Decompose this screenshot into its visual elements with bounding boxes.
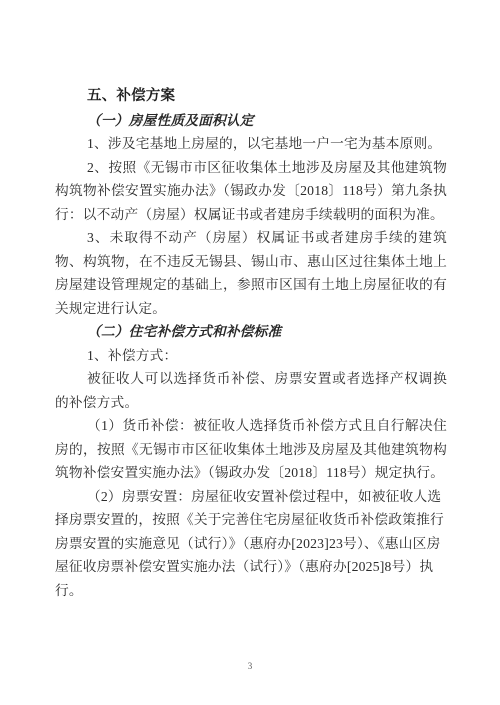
subsection-heading-compensation-standard: （二）住宅补偿方式和补偿标准 — [55, 320, 447, 344]
paragraph-principle: 1、涉及宅基地上房屋的，以宅基地一户一宅为基本原则。 — [55, 132, 447, 156]
paragraph-area-standard: 2、按照《无锡市市区征收集体土地涉及房屋及其他建筑物构筑物补偿安置实施办法》（锡… — [55, 156, 447, 227]
subsection-heading-house-nature: （一）房屋性质及面积认定 — [55, 109, 447, 133]
document-page: 五、补偿方案 （一）房屋性质及面积认定 1、涉及宅基地上房屋的，以宅基地一户一宅… — [0, 0, 500, 705]
paragraph-housing-ticket-resettlement: （2）房票安置：房屋征收安置补偿过程中，如被征收人选择房票安置的，按照《关于完善… — [55, 485, 447, 603]
paragraph-compensation-choices: 被征收人可以选择货币补偿、房票安置或者选择产权调换的补偿方式。 — [55, 367, 447, 414]
page-number: 3 — [0, 660, 500, 672]
document-content: 五、补偿方案 （一）房屋性质及面积认定 1、涉及宅基地上房屋的，以宅基地一户一宅… — [55, 85, 447, 602]
section-heading: 五、补偿方案 — [55, 85, 447, 109]
paragraph-compensation-method-label: 1、补偿方式： — [55, 344, 447, 368]
paragraph-uncertified-buildings: 3、未取得不动产（房屋）权属证书或者建房手续的建筑物、构筑物，在不违反无锡县、锡… — [55, 226, 447, 320]
paragraph-monetary-compensation: （1）货币补偿：被征收人选择货币补偿方式且自行解决住房的，按照《无锡市市区征收集… — [55, 414, 447, 485]
